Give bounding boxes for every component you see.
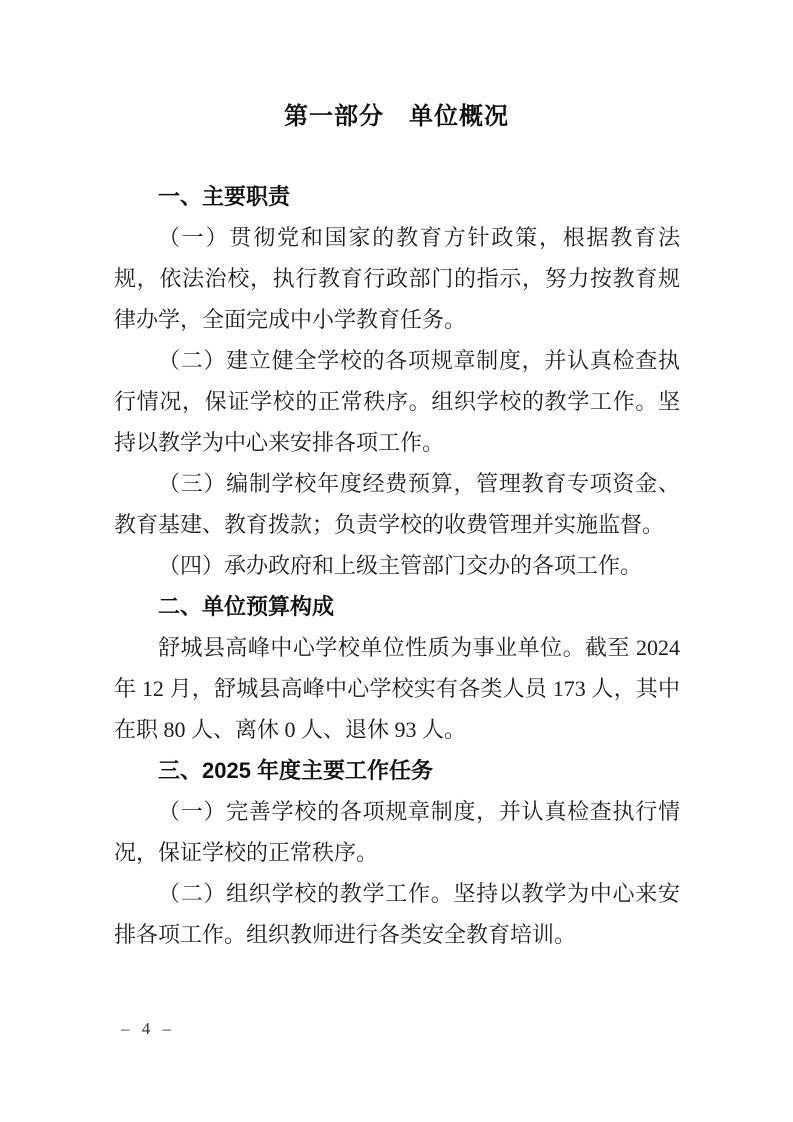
page-number: – 4 – — [121, 1019, 175, 1039]
section-heading-2025-tasks: 三、2025 年度主要工作任务 — [114, 750, 680, 791]
paragraph: （二）建立健全学校的各项规章制度，并认真检查执行情况，保证学校的正常秩序。组织学… — [114, 340, 680, 463]
document-page: 第一部分 单位概况 一、主要职责 （一）贯彻党和国家的教育方针政策，根据教育法规… — [0, 0, 793, 1122]
section-heading-main-duties: 一、主要职责 — [114, 176, 680, 217]
document-title: 第一部分 单位概况 — [0, 96, 793, 131]
paragraph: （一）贯彻党和国家的教育方针政策，根据教育法规，依法治校，执行教育行政部门的指示… — [114, 217, 680, 340]
paragraph: （三）编制学校年度经费预算，管理教育专项资金、教育基建、教育拨款；负责学校的收费… — [114, 463, 680, 545]
section-heading-budget-composition: 二、单位预算构成 — [114, 586, 680, 627]
document-body: 一、主要职责 （一）贯彻党和国家的教育方针政策，根据教育法规，依法治校，执行教育… — [114, 176, 680, 955]
paragraph: 舒城县高峰中心学校单位性质为事业单位。截至 2024 年 12 月，舒城县高峰中… — [114, 627, 680, 750]
paragraph: （四）承办政府和上级主管部门交办的各项工作。 — [114, 545, 680, 586]
paragraph: （一）完善学校的各项规章制度，并认真检查执行情况，保证学校的正常秩序。 — [114, 791, 680, 873]
paragraph: （二）组织学校的教学工作。坚持以教学为中心来安排各项工作。组织教师进行各类安全教… — [114, 873, 680, 955]
